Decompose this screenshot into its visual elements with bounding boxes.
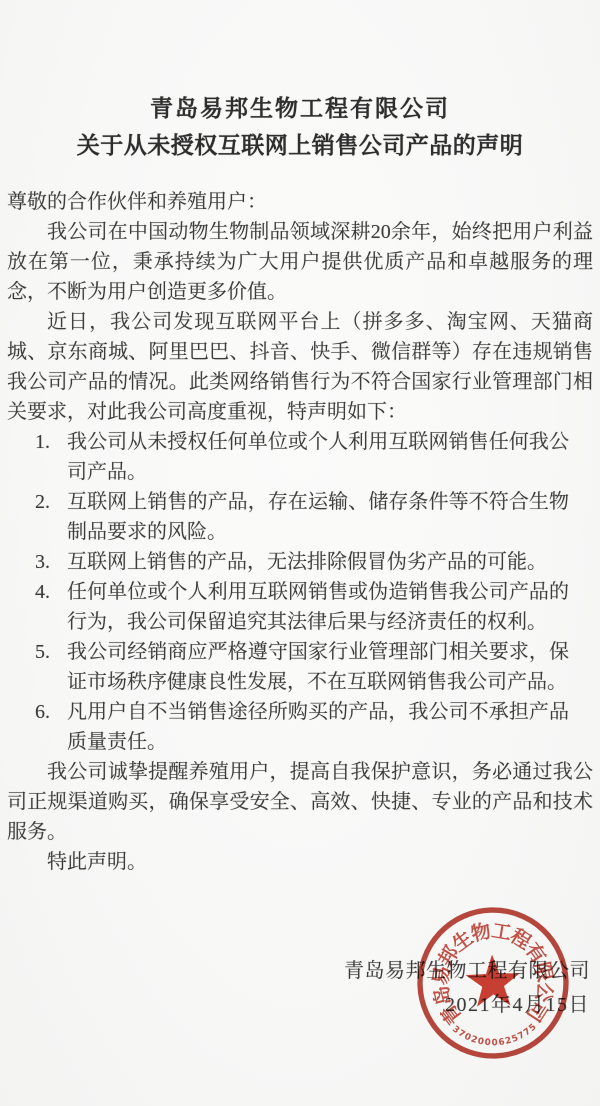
statement-list: 1. 我公司从未授权任何单位或个人利用互联网销售任何我公司产品。 2. 互联网上… [35,427,569,757]
list-item: 6. 凡用户自不当销售途径所购买的产品，我公司不承担产品质量责任。 [35,697,569,757]
company-seal: 青岛易邦生物工程有限公司 3702000625775 [401,891,585,1075]
statement-title: 关于从未授权互联网上销售公司产品的声明 [7,131,593,161]
list-item-text: 凡用户自不当销售途径所购买的产品，我公司不承担产品质量责任。 [67,697,569,757]
list-item-number: 4. [35,577,67,637]
company-title: 青岛易邦生物工程有限公司 [7,94,593,124]
list-item-text: 我公司经销商应严格遵守国家行业管理部门相关要求，保证市场秩序健康良性发展，不在互… [67,637,569,697]
list-item: 2. 互联网上销售的产品，存在运输、储存条件等不符合生物制品要求的风险。 [35,487,569,547]
list-item-text: 互联网上销售的产品，存在运输、储存条件等不符合生物制品要求的风险。 [67,487,569,547]
list-item-text: 我公司从未授权任何单位或个人利用互联网销售任何我公司产品。 [67,427,569,487]
statement-document: 青岛易邦生物工程有限公司 关于从未授权互联网上销售公司产品的声明 尊敬的合作伙伴… [0,0,600,1106]
star-icon [465,954,521,1007]
paragraph-closing: 我公司诚挚提醒养殖用户，提高自我保护意识，务必通过我公司正规渠道购买，确保享受安… [7,757,593,847]
salutation: 尊敬的合作伙伴和养殖用户： [7,187,593,217]
list-item: 3. 互联网上销售的产品，无法排除假冒伪劣产品的可能。 [35,547,569,577]
list-item-number: 2. [35,487,67,547]
document-body: 青岛易邦生物工程有限公司 关于从未授权互联网上销售公司产品的声明 尊敬的合作伙伴… [0,0,600,877]
list-item-number: 3. [35,547,67,577]
paragraph-issue: 近日，我公司发现互联网平台上（拼多多、淘宝网、天猫商城、京东商城、阿里巴巴、抖音… [7,307,593,427]
svg-text:物: 物 [469,919,494,946]
svg-text:限: 限 [530,960,556,984]
list-item: 5. 我公司经销商应严格遵守国家行业管理部门相关要求，保证市场秩序健康良性发展，… [35,637,569,697]
paragraph-intro: 我公司在中国动物生物制品领域深耕20余年，始终把用户利益放在第一位，秉承持续为广… [7,217,593,307]
list-item: 4. 任何单位或个人利用互联网销售或伪造销售我公司产品的行为，我公司保留追究其法… [35,577,569,637]
list-item-number: 1. [35,427,67,487]
list-item-number: 5. [35,637,67,697]
list-item-number: 6. [35,697,67,757]
list-item: 1. 我公司从未授权任何单位或个人利用互联网销售任何我公司产品。 [35,427,569,487]
list-item-text: 任何单位或个人利用互联网销售或伪造销售我公司产品的行为，我公司保留追究其法律后果… [67,577,569,637]
list-item-text: 互联网上销售的产品，无法排除假冒伪劣产品的可能。 [67,547,569,577]
closing-line: 特此声明。 [7,847,593,877]
